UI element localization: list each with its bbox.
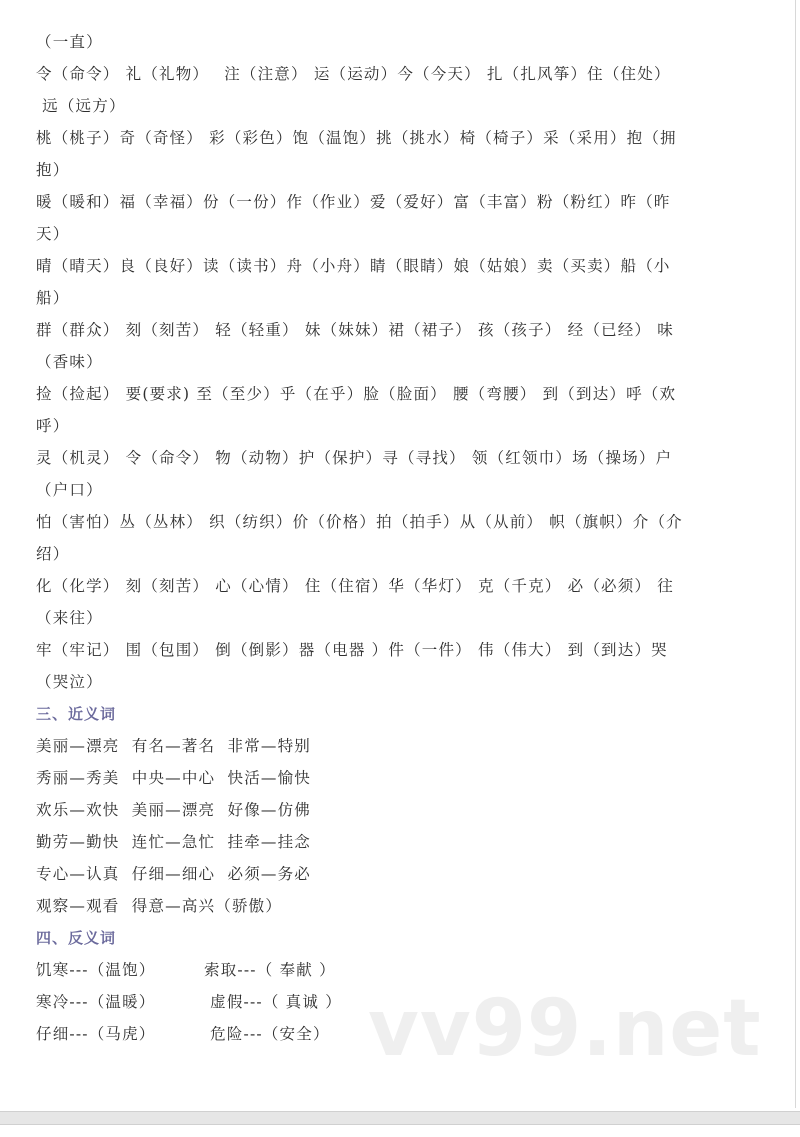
antonym-pair-left: 寒冷---（温暖）: [36, 986, 204, 1018]
text-line: 灵（机灵） 令（命令） 物（动物）护（保护）寻（寻找） 领（红领巾）场（操场）户: [36, 442, 761, 474]
text-line: 船）: [36, 282, 761, 314]
synonym-row: 观察—观看 得意—高兴（骄傲）: [36, 890, 761, 922]
document-page: （一直）令（命令） 礼（礼物） 注（注意） 运（运动）今（今天） 扎（扎风筝）住…: [0, 0, 796, 1108]
text-line: （来往）: [36, 602, 761, 634]
synonym-row: 欢乐—欢快 美丽—漂亮 好像—仿佛: [36, 794, 761, 826]
polyphone-section: （一直）令（命令） 礼（礼物） 注（注意） 运（运动）今（今天） 扎（扎风筝）住…: [36, 26, 761, 698]
text-line: 怕（害怕）丛（丛林） 织（纺织）价（价格）拍（拍手）从（从前） 帜（旗帜）介（介: [36, 506, 761, 538]
text-line: 呼）: [36, 410, 761, 442]
text-line: （一直）: [36, 26, 761, 58]
text-line: （香味）: [36, 346, 761, 378]
text-line: 晴（晴天）良（良好）读（读书）舟（小舟）睛（眼睛）娘（姑娘）卖（买卖）船（小: [36, 250, 761, 282]
antonym-pair-left: 饥寒---（温饱）: [36, 954, 204, 986]
antonyms-heading: 四、反义词: [36, 922, 761, 954]
text-line: 牢（牢记） 围（包围） 倒（倒影）器（电器 ）件（一件） 伟（伟大） 到（到达）…: [36, 634, 761, 666]
watermark: vv99.net: [368, 990, 762, 1068]
antonym-row: 饥寒---（温饱）索取---（ 奉献 ）: [36, 954, 761, 986]
antonym-pair-right: 虚假---（ 真诚 ）: [204, 986, 342, 1018]
text-line: 抱）: [36, 154, 761, 186]
page-divider: [0, 1111, 800, 1125]
text-line: 群（群众） 刻（刻苦） 轻（轻重） 妹（妹妹）裙（裙子） 孩（孩子） 经（已经）…: [36, 314, 761, 346]
text-line: 捡（捡起） 要(要求) 至（至少）乎（在乎）脸（脸面） 腰（弯腰） 到（到达）呼…: [36, 378, 761, 410]
synonym-row: 美丽—漂亮 有名—著名 非常—特别: [36, 730, 761, 762]
synonym-row: 专心—认真 仔细—细心 必须—务必: [36, 858, 761, 890]
document-content: （一直）令（命令） 礼（礼物） 注（注意） 运（运动）今（今天） 扎（扎风筝）住…: [36, 26, 761, 1050]
synonyms-heading: 三、近义词: [36, 698, 761, 730]
synonym-row: 秀丽—秀美 中央—中心 快活—愉快: [36, 762, 761, 794]
text-line: 天）: [36, 218, 761, 250]
antonym-pair-left: 仔细---（马虎）: [36, 1018, 204, 1050]
text-line: 绍）: [36, 538, 761, 570]
antonym-pair-right: 索取---（ 奉献 ）: [204, 954, 336, 986]
text-line: （户口）: [36, 474, 761, 506]
text-line: 远（远方）: [36, 90, 761, 122]
text-line: 暖（暖和）福（幸福）份（一份）作（作业）爱（爱好）富（丰富）粉（粉红）昨（昨: [36, 186, 761, 218]
text-line: 化（化学） 刻（刻苦） 心（心情） 住（住宿）华（华灯） 克（千克） 必（必须）…: [36, 570, 761, 602]
synonym-row: 勤劳—勤快 连忙—急忙 挂牵—挂念: [36, 826, 761, 858]
text-line: （哭泣）: [36, 666, 761, 698]
text-line: 桃（桃子）奇（奇怪） 彩（彩色）饱（温饱）挑（挑水）椅（椅子）采（采用）抱（拥: [36, 122, 761, 154]
synonyms-list: 美丽—漂亮 有名—著名 非常—特别秀丽—秀美 中央—中心 快活—愉快欢乐—欢快 …: [36, 730, 761, 922]
text-line: 令（命令） 礼（礼物） 注（注意） 运（运动）今（今天） 扎（扎风筝）住（住处）: [36, 58, 761, 90]
antonym-pair-right: 危险---（安全）: [204, 1018, 330, 1050]
